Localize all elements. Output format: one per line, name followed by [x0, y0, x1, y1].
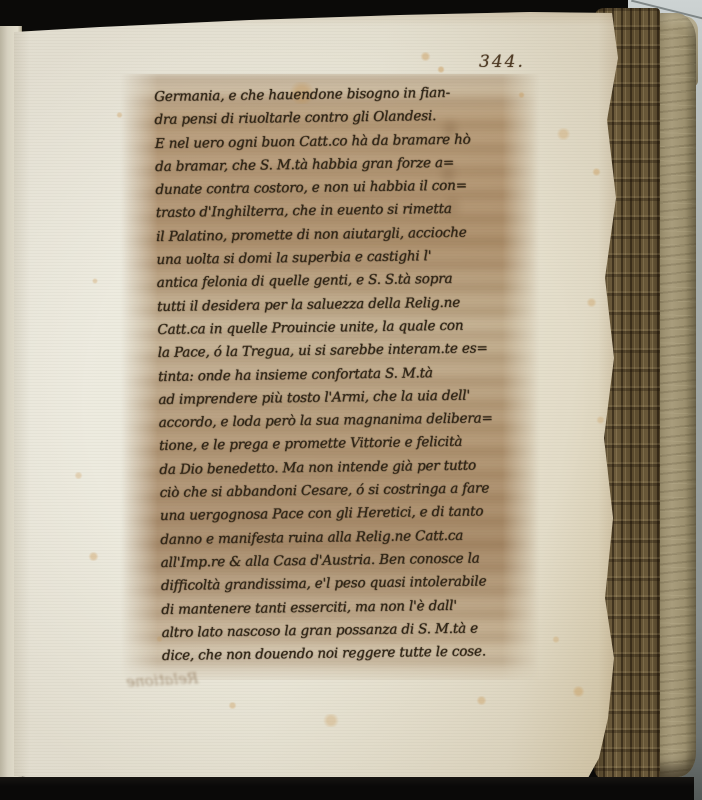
bleedthrough-mirrored-word: Relatione [126, 669, 199, 691]
black-background-bottom [0, 777, 694, 800]
handwritten-text-block: Germania, e che hauendone bisogno in fia… [154, 81, 534, 669]
page-number: 344. [479, 52, 525, 72]
manuscript-page: 344. Germania, e che hauendone bisogno i… [0, 0, 640, 800]
manuscript-photo: 344. Germania, e che hauendone bisogno i… [0, 0, 702, 800]
